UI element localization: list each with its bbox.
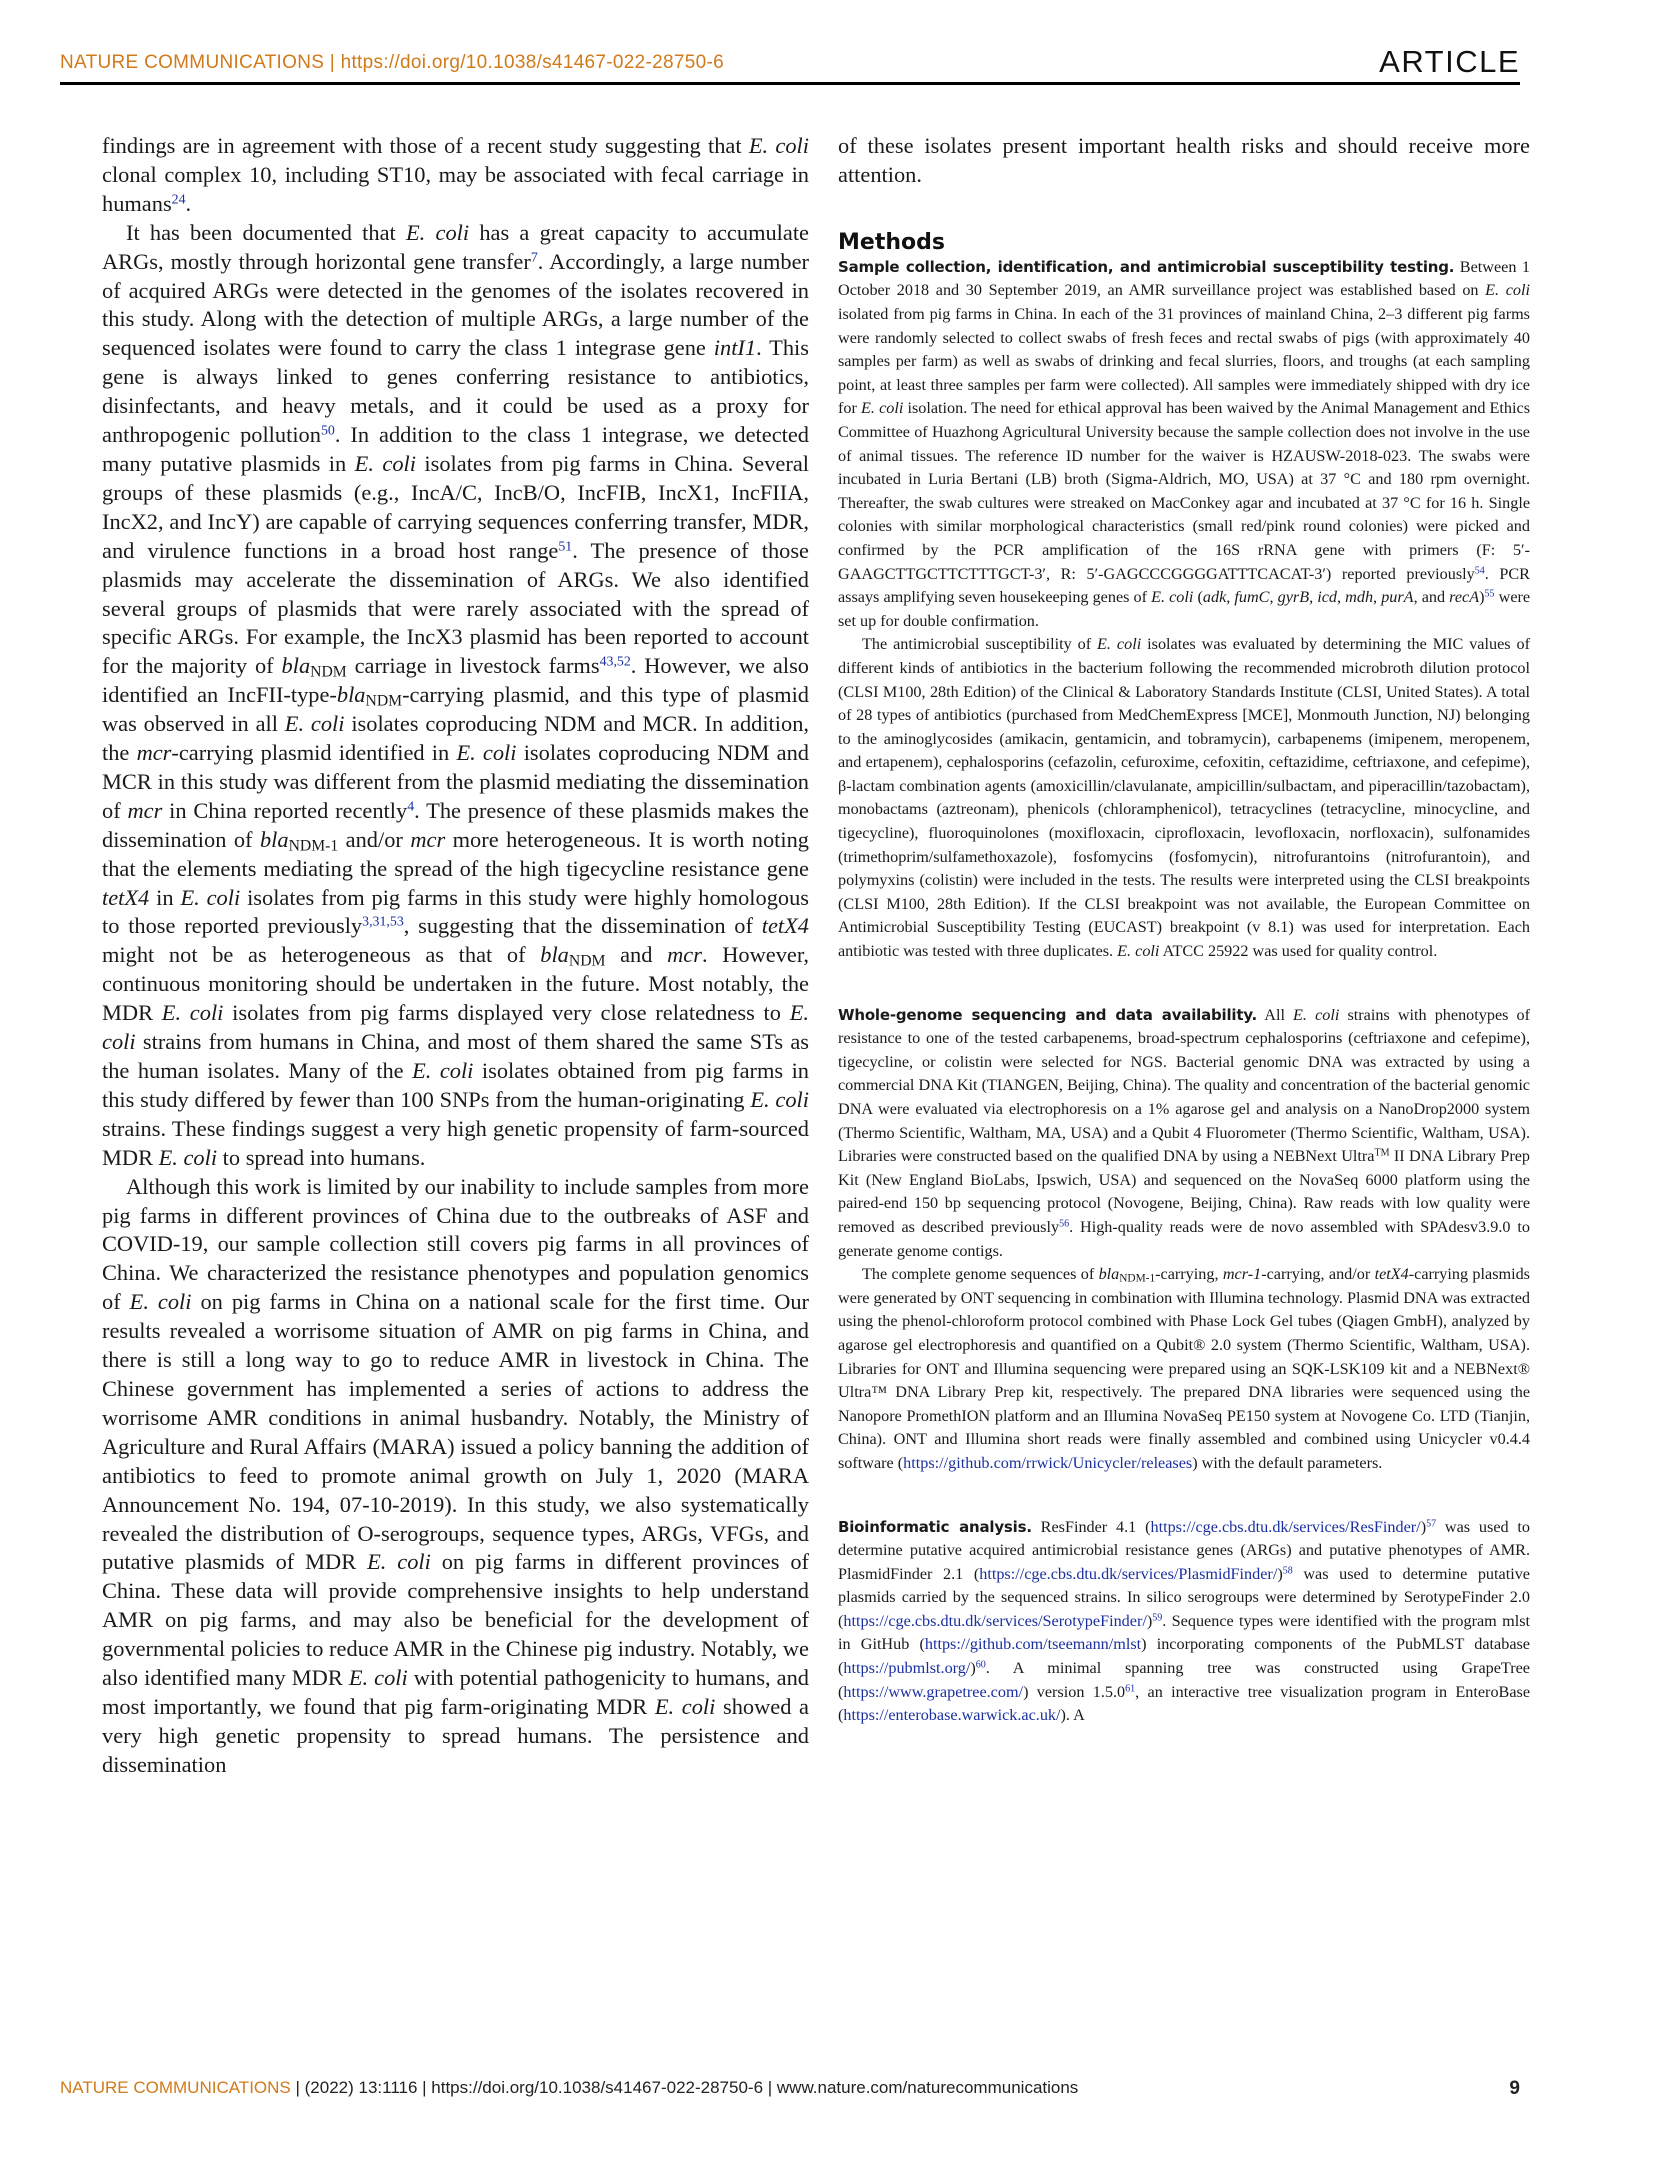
hyperlink[interactable]: https://github.com/tseemann/mlst: [925, 1635, 1141, 1653]
citation-ref[interactable]: 60: [976, 1660, 986, 1671]
paragraph: findings are in agreement with those of …: [102, 132, 809, 219]
subsection-title: Sample collection, identification, and a…: [838, 258, 1449, 276]
header-rule: [60, 82, 1520, 85]
paragraph-continuation: of these isolates present important heal…: [838, 132, 1530, 190]
subsection-wgs: Whole-genome sequencing and data availab…: [838, 1004, 1530, 1476]
citation-ref[interactable]: 3,31,53: [362, 915, 404, 930]
citation-ref[interactable]: 4: [407, 799, 414, 814]
footer-citation[interactable]: | (2022) 13:1116 | https://doi.org/10.10…: [291, 2078, 1079, 2097]
citation-ref[interactable]: 43,52: [600, 655, 631, 670]
hyperlink[interactable]: https://pubmlst.org/: [843, 1659, 970, 1677]
citation-ref[interactable]: 24: [172, 192, 186, 207]
article-label: ARTICLE: [1379, 44, 1520, 80]
citation-ref[interactable]: 51: [558, 539, 572, 554]
hyperlink[interactable]: https://cge.cbs.dtu.dk/services/ResFinde…: [1150, 1518, 1420, 1536]
hyperlink[interactable]: https://www.grapetree.com/: [843, 1683, 1023, 1701]
left-column: findings are in agreement with those of …: [102, 132, 809, 1780]
right-column: of these isolates present important heal…: [838, 132, 1530, 1728]
citation-ref[interactable]: 57: [1426, 1518, 1436, 1529]
citation-ref[interactable]: 58: [1283, 1565, 1293, 1576]
citation-ref[interactable]: 55: [1485, 589, 1495, 600]
paragraph: It has been documented that E. coli has …: [102, 219, 809, 1173]
section-heading-methods: Methods: [838, 230, 1530, 256]
hyperlink[interactable]: https://cge.cbs.dtu.dk/services/PlasmidF…: [979, 1565, 1277, 1583]
paragraph: The complete genome sequences of blaNDM-…: [838, 1263, 1530, 1475]
page-number: 9: [1509, 2078, 1520, 2100]
subsection-bioinformatic-analysis: Bioinformatic analysis. ResFinder 4.1 (h…: [838, 1516, 1530, 1728]
citation-ref[interactable]: 59: [1152, 1612, 1162, 1623]
paragraph: Although this work is limited by our ina…: [102, 1173, 809, 1780]
subsection-title: Bioinformatic analysis: [838, 1518, 1026, 1536]
citation-ref[interactable]: 54: [1475, 565, 1485, 576]
subsection-title: Whole-genome sequencing and data availab…: [838, 1006, 1252, 1024]
hyperlink[interactable]: https://enterobase.warwick.ac.uk/: [843, 1706, 1060, 1724]
citation-ref[interactable]: 61: [1125, 1683, 1135, 1694]
paragraph: Whole-genome sequencing and data availab…: [838, 1004, 1530, 1264]
paragraph: Sample collection, identification, and a…: [838, 256, 1530, 634]
citation-ref[interactable]: 56: [1059, 1218, 1069, 1229]
page-header: NATURE COMMUNICATIONS | https://doi.org/…: [60, 44, 1520, 84]
paragraph-text: ResFinder 4.1 (https://cge.cbs.dtu.dk/se…: [838, 1518, 1530, 1725]
page-footer: NATURE COMMUNICATIONS | (2022) 13:1116 |…: [60, 2078, 1520, 2108]
paragraph-text: Between 1 October 2018 and 30 September …: [838, 258, 1530, 630]
subsection-sample-collection: Sample collection, identification, and a…: [838, 256, 1530, 964]
footer-journal: NATURE COMMUNICATIONS: [60, 2078, 291, 2097]
hyperlink[interactable]: https://cge.cbs.dtu.dk/services/Serotype…: [843, 1612, 1146, 1630]
paragraph: The antimicrobial susceptibility of E. c…: [838, 633, 1530, 963]
journal-doi-line[interactable]: NATURE COMMUNICATIONS | https://doi.org/…: [60, 52, 724, 74]
paragraph-text: All E. coli strains with phenotypes of r…: [838, 1006, 1530, 1260]
paragraph: Bioinformatic analysis. ResFinder 4.1 (h…: [838, 1516, 1530, 1728]
citation-ref[interactable]: 50: [321, 423, 335, 438]
citation-ref[interactable]: 7: [531, 250, 538, 265]
hyperlink[interactable]: https://github.com/rrwick/Unicycler/rele…: [903, 1454, 1192, 1472]
